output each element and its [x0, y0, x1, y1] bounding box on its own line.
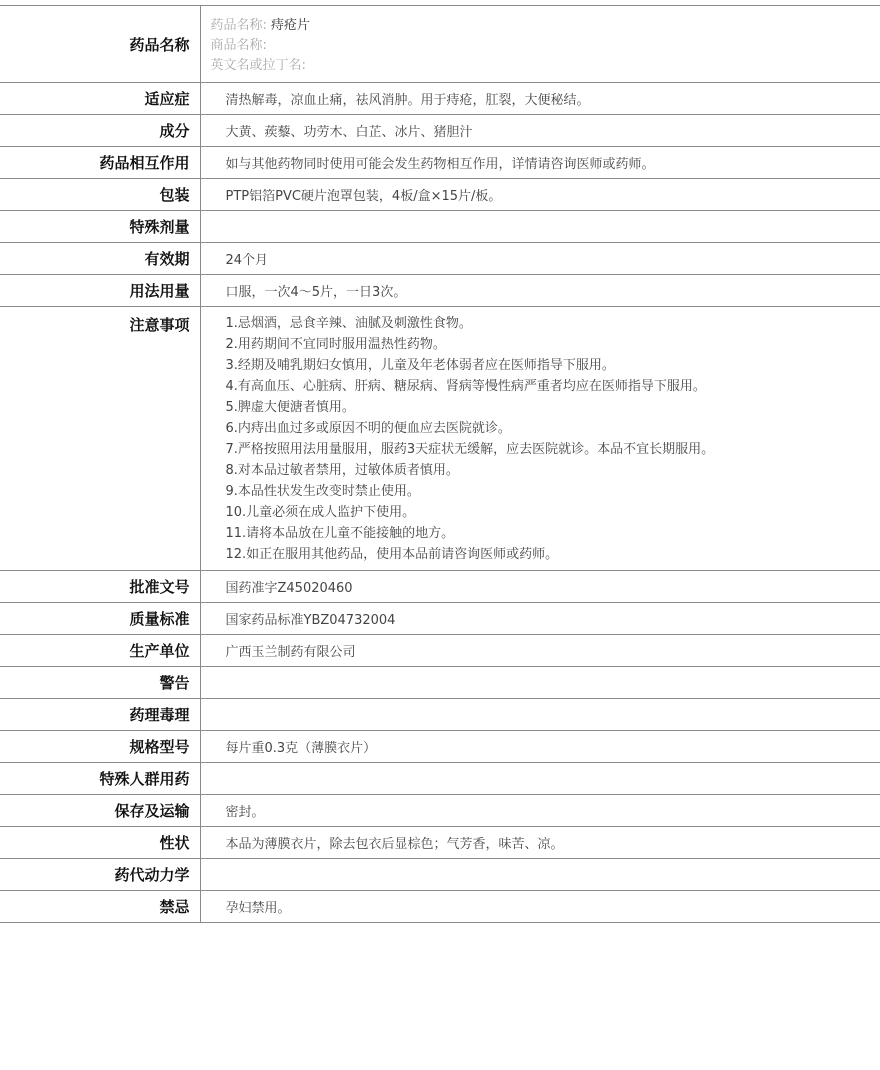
row-manufacturer: 生产单位广西玉兰制药有限公司 — [0, 635, 880, 667]
row-drug-name: 药品名称 药品名称: 痔疮片 商品名称: 英文名或拉丁名: — [0, 6, 880, 83]
field-key: 商品名称: — [211, 38, 267, 53]
row-dosage: 用法用量口服，一次4～5片，一日3次。 — [0, 275, 880, 307]
row-value: 国家药品标准YBZ04732004 — [200, 603, 880, 635]
row-label: 药品名称 — [0, 6, 200, 83]
precaution-item: 9.本品性状发生改变时禁止使用。 — [226, 481, 880, 502]
precaution-item: 1.忌烟酒，忌食辛辣、油腻及刺激性食物。 — [226, 313, 880, 334]
row-value — [200, 763, 880, 795]
row-label: 特殊人群用药 — [0, 763, 200, 795]
row-description: 性状本品为薄膜衣片，除去包衣后显棕色；气芳香，味苦、凉。 — [0, 827, 880, 859]
row-label: 注意事项 — [0, 307, 200, 571]
row-approval-number: 批准文号国药准字Z45020460 — [0, 571, 880, 603]
precaution-item: 3.经期及哺乳期妇女慎用，儿童及年老体弱者应在医师指导下服用。 — [226, 355, 880, 376]
generic-name-line: 药品名称: 痔疮片 — [211, 16, 880, 36]
row-packaging: 包装PTP铝箔PVC硬片泡罩包装，4板/盒×15片/板。 — [0, 179, 880, 211]
row-value: 口服，一次4～5片，一日3次。 — [200, 275, 880, 307]
row-value: 每片重0.3克（薄膜衣片） — [200, 731, 880, 763]
precaution-item: 7.严格按照用法用量服用，服药3天症状无缓解，应去医院就诊。本品不宜长期服用。 — [226, 439, 880, 460]
precautions-list: 1.忌烟酒，忌食辛辣、油腻及刺激性食物。 2.用药期间不宜同时服用温热性药物。 … — [200, 307, 880, 571]
precaution-item: 12.如正在服用其他药品，使用本品前请咨询医师或药师。 — [226, 544, 880, 565]
row-value: 密封。 — [200, 795, 880, 827]
row-label: 特殊剂量 — [0, 211, 200, 243]
row-label: 性状 — [0, 827, 200, 859]
row-label: 警告 — [0, 667, 200, 699]
row-pharmacokinetics: 药代动力学 — [0, 859, 880, 891]
row-label: 适应症 — [0, 83, 200, 115]
row-precautions: 注意事项 1.忌烟酒，忌食辛辣、油腻及刺激性食物。 2.用药期间不宜同时服用温热… — [0, 307, 880, 571]
row-value: 清热解毒，凉血止痛，祛风消肿。用于痔疮，肛裂，大便秘结。 — [200, 83, 880, 115]
drug-name-block: 药品名称: 痔疮片 商品名称: 英文名或拉丁名: — [200, 6, 880, 83]
row-pharmacology: 药理毒理 — [0, 699, 880, 731]
precaution-item: 2.用药期间不宜同时服用温热性药物。 — [226, 334, 880, 355]
row-value: 孕妇禁用。 — [200, 891, 880, 923]
row-expiry: 有效期24个月 — [0, 243, 880, 275]
row-value: 国药准字Z45020460 — [200, 571, 880, 603]
row-specification: 规格型号每片重0.3克（薄膜衣片） — [0, 731, 880, 763]
row-contraindications: 禁忌孕妇禁用。 — [0, 891, 880, 923]
precaution-item: 4.有高血压、心脏病、肝病、糖尿病、肾病等慢性病严重者均应在医师指导下服用。 — [226, 376, 880, 397]
row-label: 药品相互作用 — [0, 147, 200, 179]
row-special-populations: 特殊人群用药 — [0, 763, 880, 795]
row-value — [200, 699, 880, 731]
precaution-item: 5.脾虚大便溏者慎用。 — [226, 397, 880, 418]
field-value: 痔疮片 — [271, 18, 310, 33]
row-value: PTP铝箔PVC硬片泡罩包装，4板/盒×15片/板。 — [200, 179, 880, 211]
row-warning: 警告 — [0, 667, 880, 699]
row-label: 包装 — [0, 179, 200, 211]
row-label: 规格型号 — [0, 731, 200, 763]
row-interactions: 药品相互作用如与其他药物同时使用可能会发生药物相互作用，详情请咨询医师或药师。 — [0, 147, 880, 179]
row-label: 质量标准 — [0, 603, 200, 635]
row-label: 药代动力学 — [0, 859, 200, 891]
row-label: 药理毒理 — [0, 699, 200, 731]
row-value: 大黄、蒺藜、功劳木、白芷、冰片、猪胆汁 — [200, 115, 880, 147]
drug-spec-table: 药品名称 药品名称: 痔疮片 商品名称: 英文名或拉丁名: 适应症清热解毒，凉血… — [0, 5, 880, 923]
row-quality-standard: 质量标准国家药品标准YBZ04732004 — [0, 603, 880, 635]
row-value: 本品为薄膜衣片，除去包衣后显棕色；气芳香，味苦、凉。 — [200, 827, 880, 859]
row-label: 成分 — [0, 115, 200, 147]
row-value — [200, 859, 880, 891]
row-label: 批准文号 — [0, 571, 200, 603]
row-label: 生产单位 — [0, 635, 200, 667]
row-label: 有效期 — [0, 243, 200, 275]
precaution-item: 6.内痔出血过多或原因不明的便血应去医院就诊。 — [226, 418, 880, 439]
precaution-item: 11.请将本品放在儿童不能接触的地方。 — [226, 523, 880, 544]
row-value: 广西玉兰制药有限公司 — [200, 635, 880, 667]
row-value: 24个月 — [200, 243, 880, 275]
row-ingredients: 成分大黄、蒺藜、功劳木、白芷、冰片、猪胆汁 — [0, 115, 880, 147]
latin-name-line: 英文名或拉丁名: — [211, 56, 880, 76]
row-special-dose: 特殊剂量 — [0, 211, 880, 243]
field-key: 药品名称: — [211, 18, 267, 33]
row-label: 禁忌 — [0, 891, 200, 923]
row-indications: 适应症清热解毒，凉血止痛，祛风消肿。用于痔疮，肛裂，大便秘结。 — [0, 83, 880, 115]
precaution-item: 10.儿童必须在成人监护下使用。 — [226, 502, 880, 523]
row-label: 保存及运输 — [0, 795, 200, 827]
field-key: 英文名或拉丁名: — [211, 58, 306, 73]
row-label: 用法用量 — [0, 275, 200, 307]
trade-name-line: 商品名称: — [211, 36, 880, 56]
row-storage: 保存及运输密封。 — [0, 795, 880, 827]
precaution-item: 8.对本品过敏者禁用，过敏体质者慎用。 — [226, 460, 880, 481]
row-value — [200, 211, 880, 243]
row-value: 如与其他药物同时使用可能会发生药物相互作用，详情请咨询医师或药师。 — [200, 147, 880, 179]
row-value — [200, 667, 880, 699]
